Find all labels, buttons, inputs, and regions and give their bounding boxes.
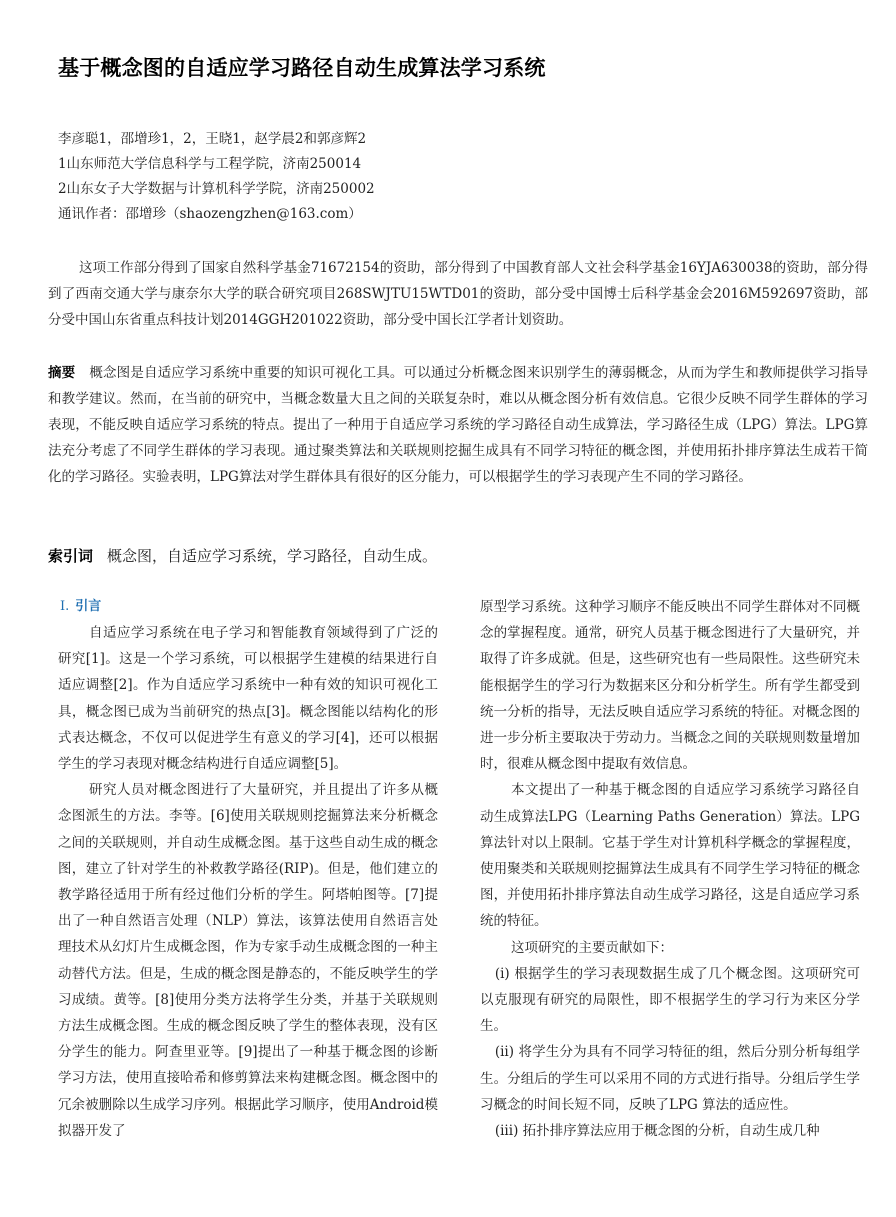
abstract-text: 概念图是自适应学习系统中重要的知识可视化工具。可以通过分析概念图来识别学生的薄弱… bbox=[48, 365, 868, 485]
contribution-item-3: (iii) 拓扑排序算法应用于概念图的分析，自动生成几种 bbox=[480, 1118, 860, 1144]
contribution-item-1: (i) 根据学生的学习表现数据生成了几个概念图。这项研究可以克服现有研究的局限性… bbox=[480, 961, 860, 1040]
intro-paragraph-2: 研究人员对概念图进行了大量研究，并且提出了许多从概念图派生的方法。李等。[6]使… bbox=[58, 777, 438, 1144]
keywords-label: 索引词 bbox=[48, 547, 93, 565]
right-column: 原型学习系统。这种学习顺序不能反映出不同学生群体对不同概念的掌握程度。通常，研究… bbox=[480, 594, 860, 1144]
corresponding-author: 通讯作者：邵增珍（shaozengzhen@163.com） bbox=[58, 202, 375, 227]
left-column: I.引言 自适应学习系统在电子学习和智能教育领域得到了广泛的研究[1]。这是一个… bbox=[58, 594, 438, 1144]
author-list: 李彦聪1，邵增珍1，2，王晓1，赵学晨2和郭彦辉2 bbox=[58, 127, 375, 152]
contribution-item-2: (ii) 将学生分为具有不同学习特征的组，然后分别分析每组学生。分组后的学生可以… bbox=[480, 1039, 860, 1118]
intro-paragraph-3: 本文提出了一种基于概念图的自适应学习系统学习路径自动生成算法LPG（Learni… bbox=[480, 777, 860, 934]
funding-acknowledgement: 这项工作部分得到了国家自然科学基金71672154的资助，部分得到了中国教育部人… bbox=[48, 255, 868, 333]
abstract: 摘要概念图是自适应学习系统中重要的知识可视化工具。可以通过分析概念图来识别学生的… bbox=[48, 360, 868, 490]
section-heading-introduction: I.引言 bbox=[60, 594, 438, 620]
author-info: 李彦聪1，邵增珍1，2，王晓1，赵学晨2和郭彦辉2 1山东师范大学信息科学与工程… bbox=[58, 127, 375, 227]
contributions-intro: 这项研究的主要贡献如下： bbox=[480, 935, 860, 961]
section-number: I. bbox=[60, 599, 69, 614]
paper-title: 基于概念图的自适应学习路径自动生成算法学习系统 bbox=[58, 52, 546, 82]
intro-paragraph-1: 自适应学习系统在电子学习和智能教育领域得到了广泛的研究[1]。这是一个学习系统，… bbox=[58, 620, 438, 777]
affiliation-1: 1山东师范大学信息科学与工程学院，济南250014 bbox=[58, 152, 375, 177]
intro-paragraph-2-continued: 原型学习系统。这种学习顺序不能反映出不同学生群体对不同概念的掌握程度。通常，研究… bbox=[480, 594, 860, 777]
index-terms: 索引词概念图，自适应学习系统，学习路径，自动生成。 bbox=[48, 543, 437, 569]
affiliation-2: 2山东女子大学数据与计算机科学学院，济南250002 bbox=[58, 177, 375, 202]
keywords-text: 概念图，自适应学习系统，学习路径，自动生成。 bbox=[107, 547, 437, 565]
section-title: 引言 bbox=[75, 599, 101, 614]
abstract-label: 摘要 bbox=[48, 365, 75, 381]
